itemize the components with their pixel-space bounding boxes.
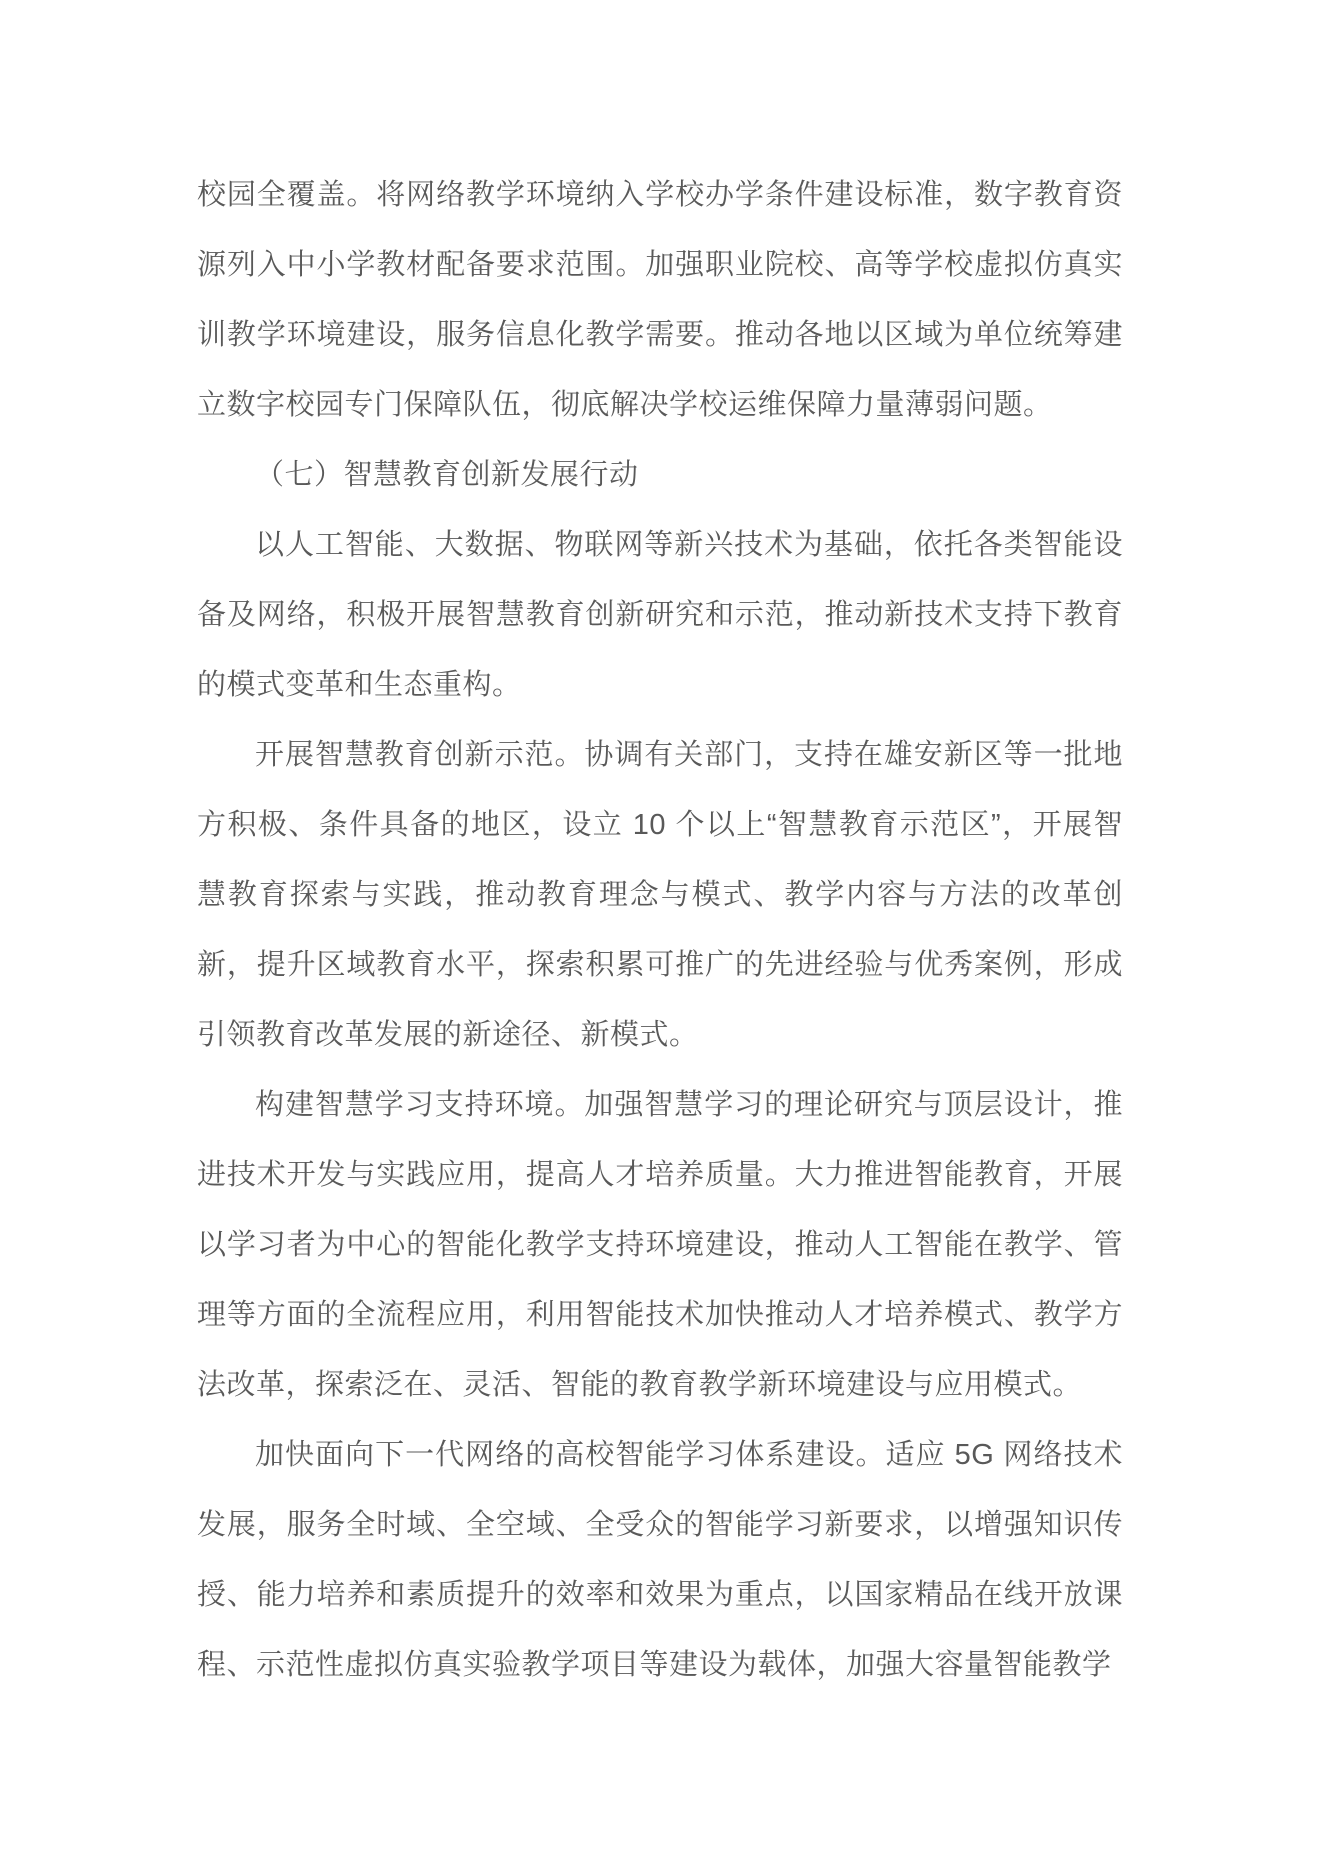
paragraph-smart-learning-environment: 构建智慧学习支持环境。加强智慧学习的理论研究与顶层设计，推进技术开发与实践应用，… xyxy=(197,1070,1123,1420)
paragraph-demonstration-zones: 开展智慧教育创新示范。协调有关部门，支持在雄安新区等一批地方积极、条件具备的地区… xyxy=(197,720,1123,1070)
section-heading-7: （七）智慧教育创新发展行动 xyxy=(197,440,1123,510)
paragraph-next-gen-network: 加快面向下一代网络的高校智能学习体系建设。适应 5G 网络技术发展，服务全时域、… xyxy=(197,1420,1123,1700)
document-body: 校园全覆盖。将网络教学环境纳入学校办学条件建设标准，数字教育资源列入中小学教材配… xyxy=(197,160,1123,1700)
paragraph-continuation: 校园全覆盖。将网络教学环境纳入学校办学条件建设标准，数字教育资源列入中小学教材配… xyxy=(197,160,1123,440)
paragraph-overview: 以人工智能、大数据、物联网等新兴技术为基础，依托各类智能设备及网络，积极开展智慧… xyxy=(197,510,1123,720)
document-page: 校园全覆盖。将网络教学环境纳入学校办学条件建设标准，数字教育资源列入中小学教材配… xyxy=(0,0,1323,1871)
